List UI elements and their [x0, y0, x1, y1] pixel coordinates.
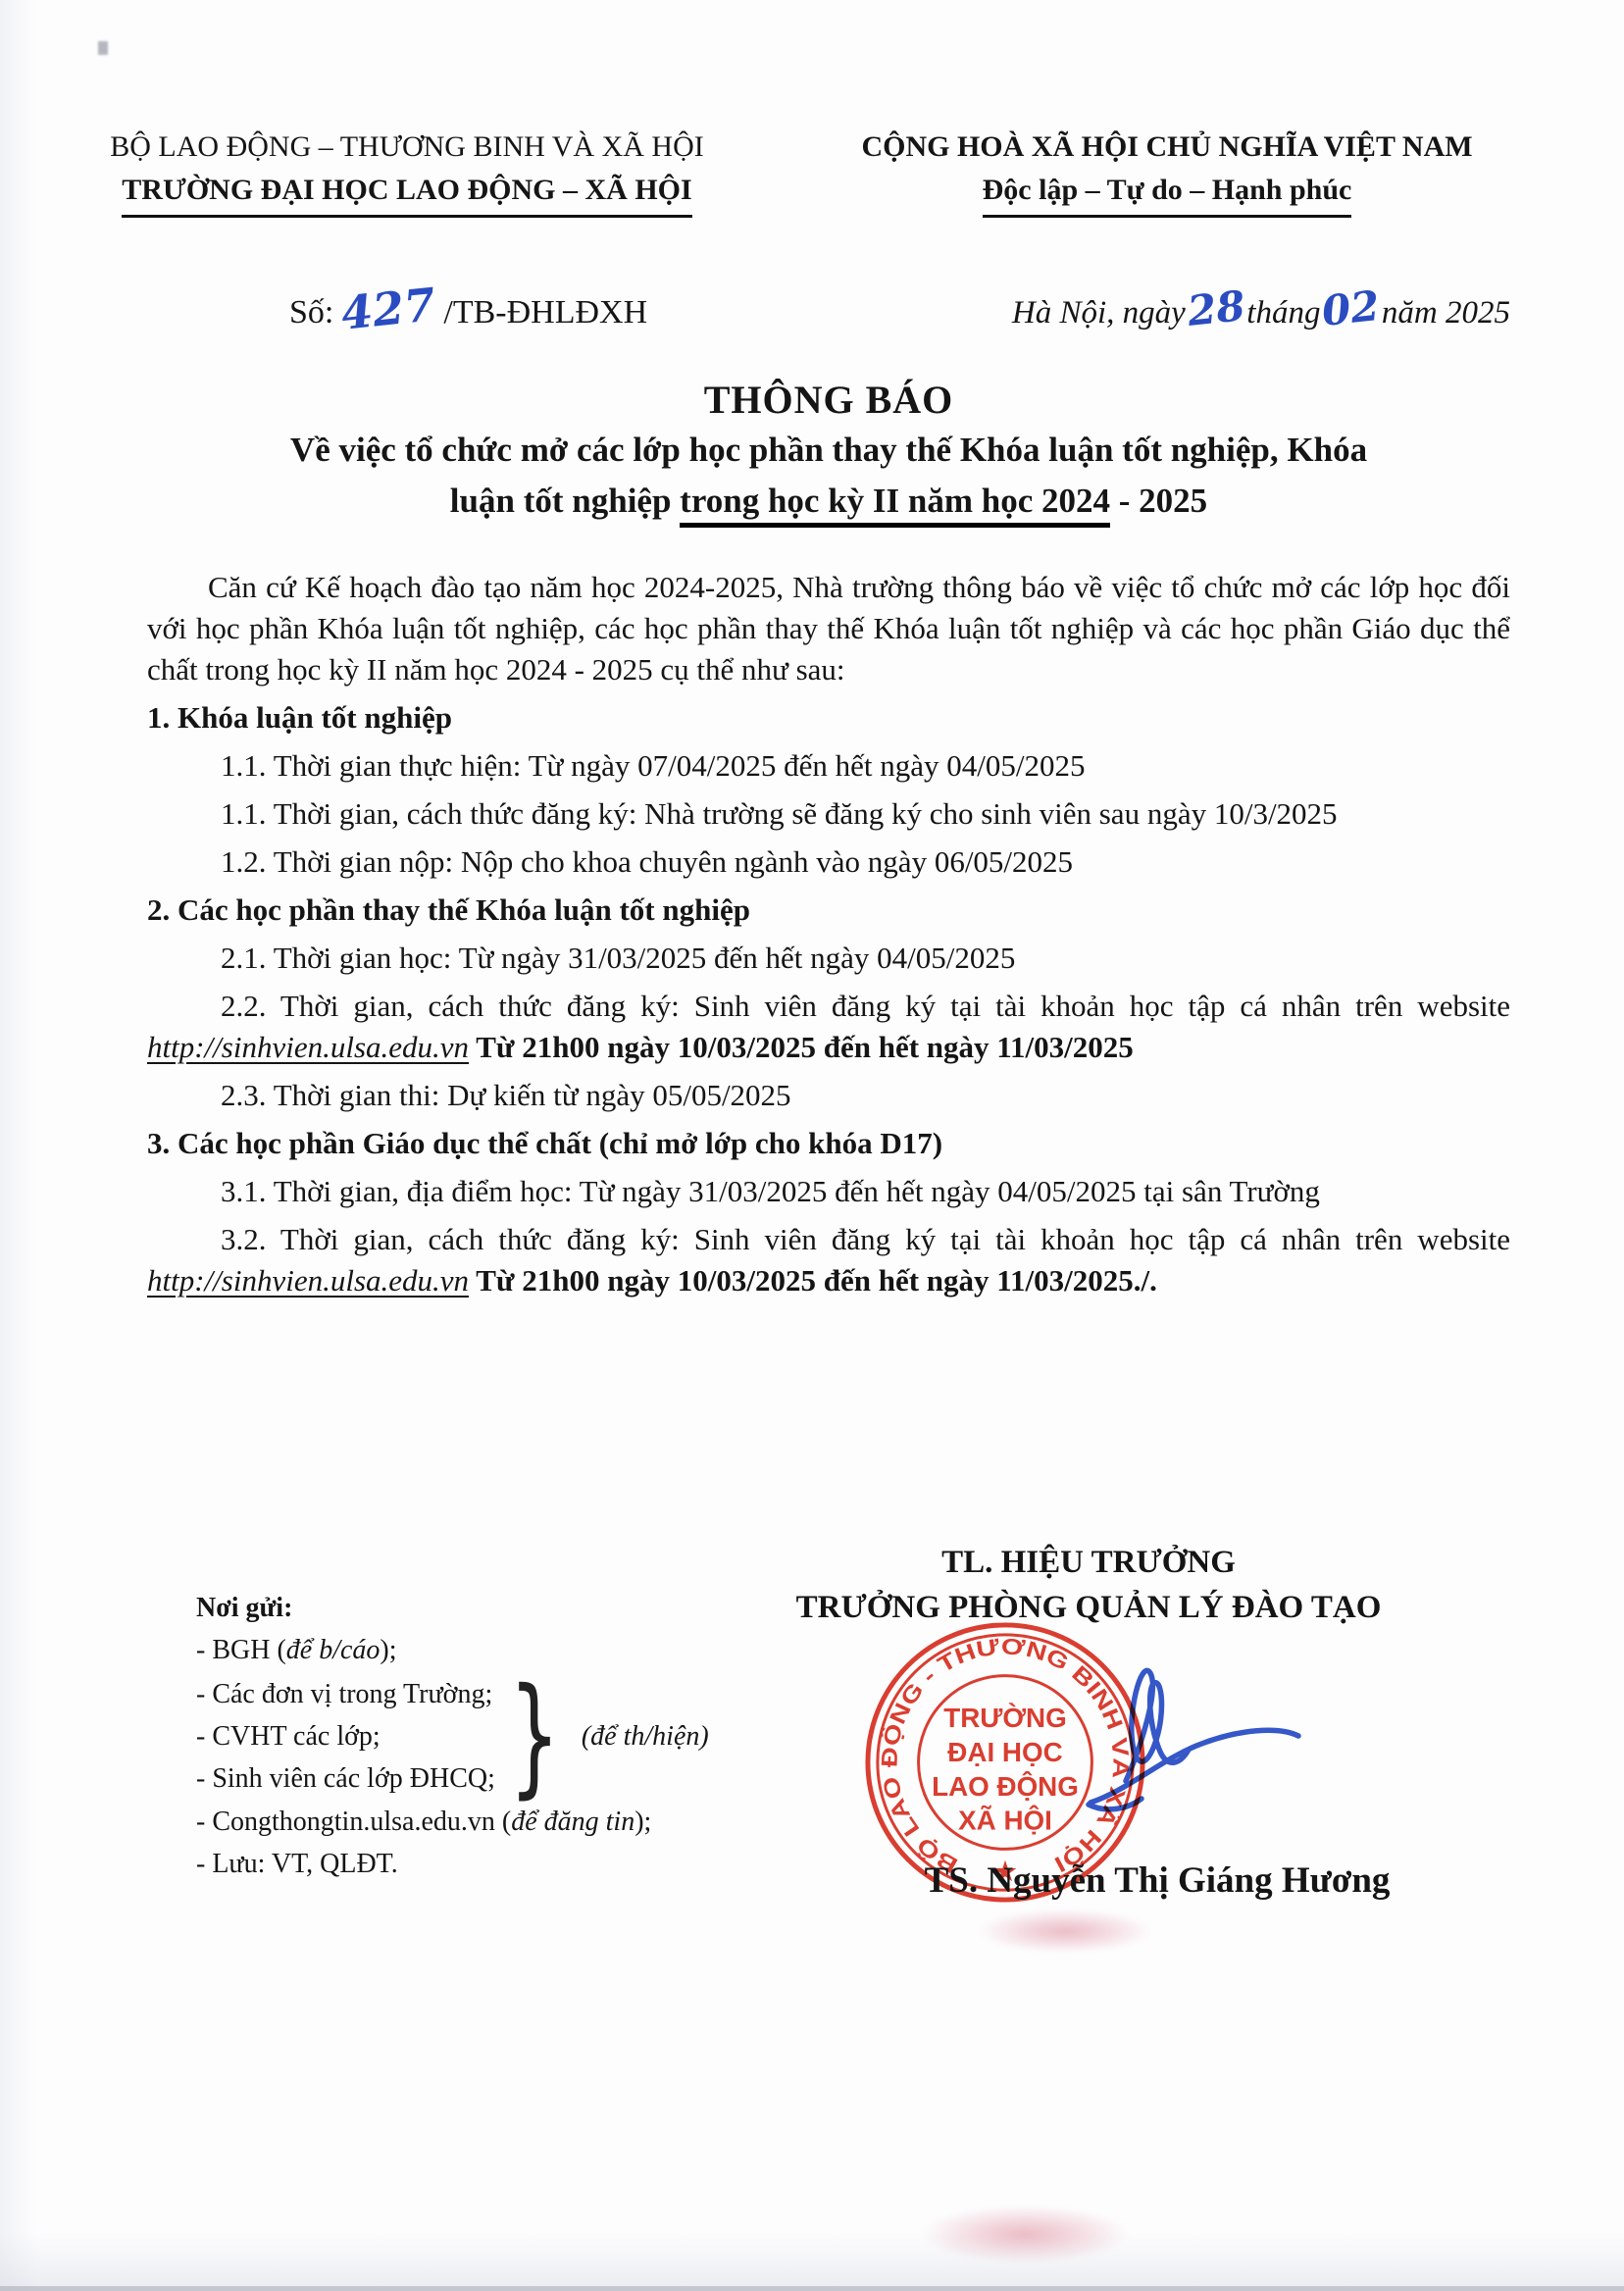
section-3-item-2-deadline: Từ 21h00 ngày 10/03/2025 đến hết ngày 11… [469, 1263, 1157, 1298]
recipient-portal: - Congthongtin.ulsa.edu.vn (để đăng tin)… [196, 1801, 709, 1843]
recipients-block: Nơi gửi: - BGH (để b/cáo); - Các đơn vị … [196, 1587, 709, 1885]
recipient-cvht: - CVHT các lớp; [196, 1715, 495, 1757]
document-number-suffix: /TB-ĐHLĐXH [443, 294, 647, 331]
recipient-students: - Sinh viên các lớp ĐHCQ; [196, 1757, 495, 1800]
brace-icon: } [509, 1671, 560, 1801]
national-motto-text: Độc lập – Tự do – Hạnh phúc [983, 169, 1352, 218]
date-suffix: năm 2025 [1382, 295, 1510, 331]
title-block: THÔNG BÁO Về việc tổ chức mở các lớp học… [147, 377, 1510, 526]
recipient-bgh-post: ); [380, 1635, 396, 1665]
recipient-portal-post: ); [634, 1807, 651, 1837]
section-2-item-2: 2.2. Thời gian, cách thức đăng ký: Sinh … [147, 986, 1510, 1068]
section-3-heading: 3. Các học phần Giáo dục thể chất (chỉ m… [147, 1123, 1510, 1164]
recipient-bgh-note: để b/cáo [286, 1635, 381, 1665]
recipient-units: - Các đơn vị trong Trường; [196, 1673, 495, 1715]
signature-ink [1032, 1655, 1326, 1842]
university-name-text: TRƯỜNG ĐẠI HỌC LAO ĐỘNG – XÃ HỘI [122, 169, 691, 218]
handwritten-month: 02 [1320, 281, 1382, 335]
document-number-label: Số: [289, 294, 333, 331]
recipient-group: - Các đơn vị trong Trường; - CVHT các lớ… [196, 1671, 709, 1801]
document-header: BỘ LAO ĐỘNG – THƯƠNG BINH VÀ XÃ HỘI TRƯỜ… [103, 126, 1510, 218]
subtitle-post: - 2025 [1110, 482, 1207, 520]
recipients-label: Nơi gửi: [196, 1587, 709, 1629]
document-body: Căn cứ Kế hoạch đào tạo năm học 2024-202… [147, 567, 1510, 1301]
national-motto-block: CỘNG HOÀ XÃ HỘI CHỦ NGHĨA VIỆT NAM Độc l… [824, 126, 1510, 218]
recipient-group-note: (để th/hiện) [582, 1715, 709, 1757]
document-meta-row: Số:427/TB-ĐHLĐXH Hà Nội, ngày28tháng02nă… [147, 280, 1510, 333]
issuing-org-block: BỘ LAO ĐỘNG – THƯƠNG BINH VÀ XÃ HỘI TRƯỜ… [103, 126, 711, 218]
intro-paragraph: Căn cứ Kế hoạch đào tạo năm học 2024-202… [147, 567, 1510, 690]
university-name: TRƯỜNG ĐẠI HỌC LAO ĐỘNG – XÃ HỘI [103, 169, 711, 218]
section-1-heading: 1. Khóa luận tốt nghiệp [147, 697, 1510, 738]
student-portal-url: http://sinhvien.ulsa.edu.vn [147, 1030, 469, 1064]
subtitle-underlined: trong học kỳ II năm học 2024 [680, 482, 1110, 528]
date-mid: tháng [1246, 295, 1320, 331]
recipient-bgh-pre: - BGH ( [196, 1635, 286, 1665]
handwritten-day: 28 [1185, 281, 1246, 335]
section-2-heading: 2. Các học phần thay thế Khóa luận tốt n… [147, 890, 1510, 931]
scan-artifact-speck [98, 41, 108, 55]
date-prefix: Hà Nội, ngày [1012, 295, 1186, 331]
student-portal-url-2: http://sinhvien.ulsa.edu.vn [147, 1263, 469, 1298]
recipient-luu: - Lưu: VT, QLĐT. [196, 1843, 709, 1885]
signer-authority: TL. HIỆU TRƯỞNG [765, 1540, 1412, 1585]
section-1-item-2: 1.1. Thời gian, cách thức đăng ký: Nhà t… [147, 793, 1510, 835]
recipient-group-list: - Các đơn vị trong Trường; - CVHT các lớ… [196, 1673, 495, 1800]
section-2-item-2-deadline: Từ 21h00 ngày 10/03/2025 đến hết ngày 11… [469, 1030, 1134, 1064]
national-title: CỘNG HOÀ XÃ HỘI CHỦ NGHĨA VIỆT NAM [824, 126, 1510, 169]
ink-smudge [920, 2205, 1131, 2264]
section-1-item-1: 1.1. Thời gian thực hiện: Từ ngày 07/04/… [147, 745, 1510, 787]
document-content: BỘ LAO ĐỘNG – THƯƠNG BINH VÀ XÃ HỘI TRƯỜ… [147, 126, 1510, 1308]
section-2-item-3: 2.3. Thời gian thi: Dự kiến từ ngày 05/0… [147, 1075, 1510, 1116]
document-subtitle-line2: luận tốt nghiệp trong học kỳ II năm học … [147, 477, 1510, 526]
section-3-item-2: 3.2. Thời gian, cách thức đăng ký: Sinh … [147, 1219, 1510, 1301]
document-type-title: THÔNG BÁO [147, 377, 1510, 424]
signature-stroke-tail [1091, 1730, 1298, 1803]
section-2-item-1: 2.1. Thời gian học: Từ ngày 31/03/2025 đ… [147, 938, 1510, 979]
scanned-document-page: BỘ LAO ĐỘNG – THƯƠNG BINH VÀ XÃ HỘI TRƯỜ… [0, 0, 1624, 2291]
section-3-item-1: 3.1. Thời gian, địa điểm học: Từ ngày 31… [147, 1171, 1510, 1212]
recipient-bgh: - BGH (để b/cáo); [196, 1629, 709, 1671]
date-line: Hà Nội, ngày28tháng02năm 2025 [1012, 284, 1510, 332]
section-1-item-3: 1.2. Thời gian nộp: Nộp cho khoa chuyên … [147, 841, 1510, 883]
section-3-item-2-text: 3.2. Thời gian, cách thức đăng ký: Sinh … [221, 1222, 1510, 1256]
document-subtitle-line1: Về việc tổ chức mở các lớp học phần thay… [147, 426, 1510, 475]
subtitle-pre: luận tốt nghiệp [450, 482, 680, 520]
handwritten-document-number: 427 [339, 278, 438, 340]
ministry-name: BỘ LAO ĐỘNG – THƯƠNG BINH VÀ XÃ HỘI [103, 126, 711, 169]
recipient-portal-pre: - Congthongtin.ulsa.edu.vn ( [196, 1807, 511, 1837]
ink-smudge [977, 1909, 1153, 1954]
national-motto: Độc lập – Tự do – Hạnh phúc [824, 169, 1510, 218]
document-number: Số:427/TB-ĐHLĐXH [289, 280, 647, 333]
section-2-item-2-text: 2.2. Thời gian, cách thức đăng ký: Sinh … [221, 989, 1510, 1023]
signer-name: TS. Nguyễn Thị Giáng Hương [883, 1859, 1432, 1902]
